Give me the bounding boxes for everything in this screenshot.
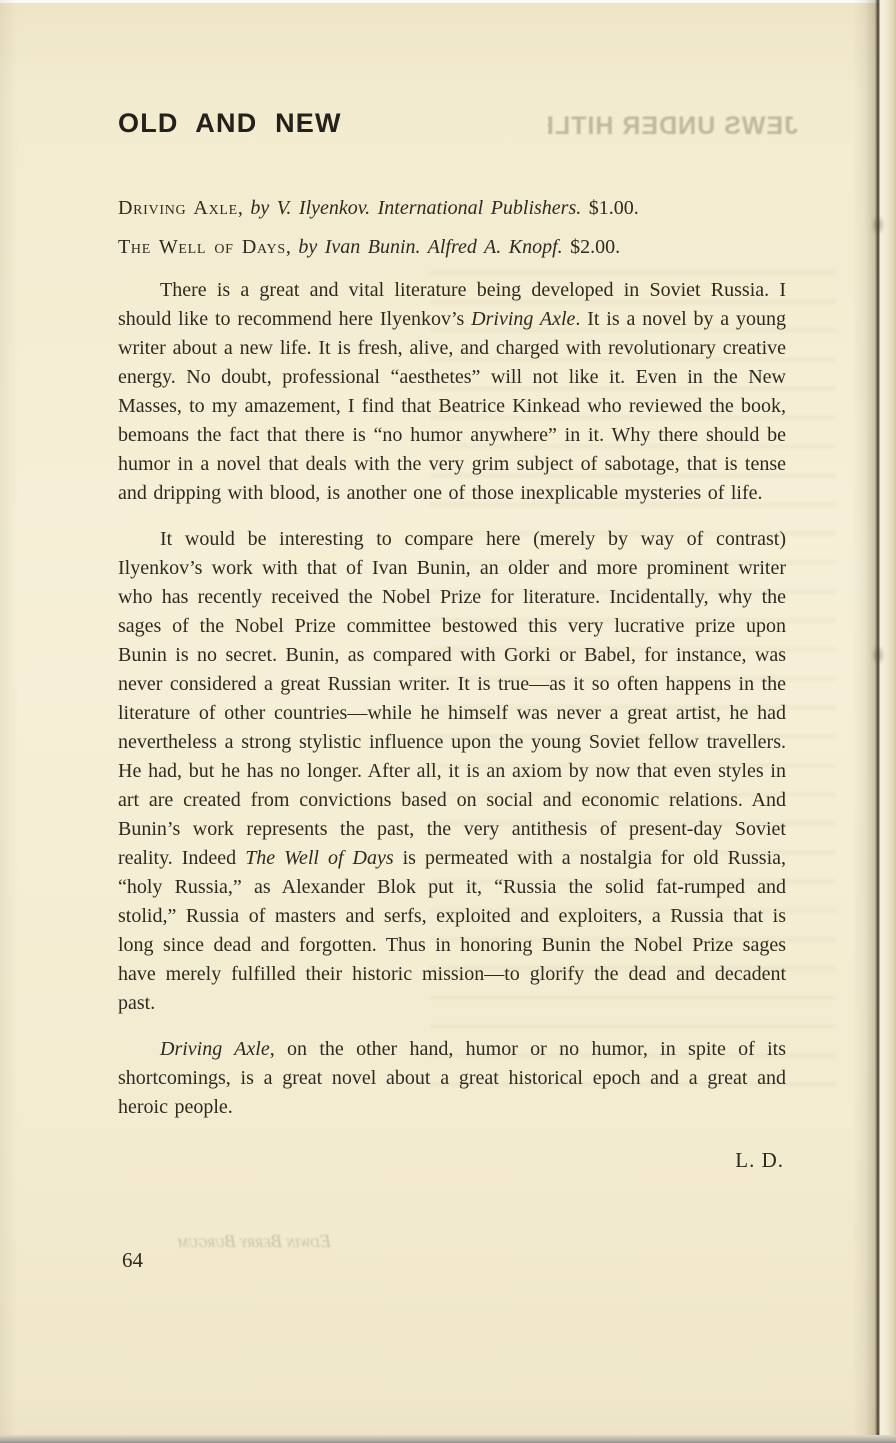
text-segment: The Well of Days (245, 847, 393, 869)
text-segment: is permeated with a nostalgia for old Ru… (118, 847, 786, 1014)
text-segment: , (238, 197, 251, 219)
page-title: OLD AND NEW (118, 108, 784, 139)
book-listings: Driving Axle, by V. Ilyenkov. Internatio… (118, 189, 786, 267)
text-segment: Driving Axle (118, 197, 238, 219)
text-segment: Driving Axle (471, 308, 575, 330)
page-edge-nick (874, 648, 882, 662)
bleedthrough-byline: Edwin Berry Burgum (178, 1231, 331, 1252)
text-segment: The Well of Days (118, 236, 286, 258)
paragraph-3: Driving Axle, on the other hand, humor o… (118, 1035, 786, 1122)
page-edge-nick (874, 218, 882, 232)
scan-top-edge (0, 0, 896, 3)
text-segment: by Ivan Bunin. Alfred A. Knopf. (298, 236, 562, 258)
text-segment: $1.00. (581, 197, 639, 219)
text-column: OLD AND NEW Driving Axle, by V. Ilyenkov… (118, 108, 786, 1173)
text-segment: by V. Ilyenkov. International Publishers… (250, 197, 581, 219)
book-listing-well-of-days: The Well of Days, by Ivan Bunin. Alfred … (118, 228, 786, 267)
scan-bottom-edge (0, 1435, 896, 1443)
page-edge-shadow (852, 0, 896, 1435)
paragraph-2: It would be interesting to compare here … (118, 525, 786, 1018)
text-segment: . It is a novel by a young writer about … (118, 308, 786, 504)
text-segment: Driving Axle (160, 1038, 270, 1060)
reviewer-initials: L. D. (118, 1148, 786, 1173)
text-segment: , (286, 236, 299, 258)
review-body: There is a great and vital literature be… (118, 276, 786, 1122)
book-listing-driving-axle: Driving Axle, by V. Ilyenkov. Internatio… (118, 189, 786, 228)
scanned-book-page: JEWS UNDER HITLER Edwin Berry Burgum OLD… (0, 0, 896, 1443)
paragraph-1: There is a great and vital literature be… (118, 276, 786, 508)
text-segment: $2.00. (563, 236, 621, 258)
text-segment: It would be interesting to compare here … (118, 528, 786, 869)
page-number: 64 (122, 1248, 143, 1273)
scan-left-shading (0, 0, 18, 1435)
